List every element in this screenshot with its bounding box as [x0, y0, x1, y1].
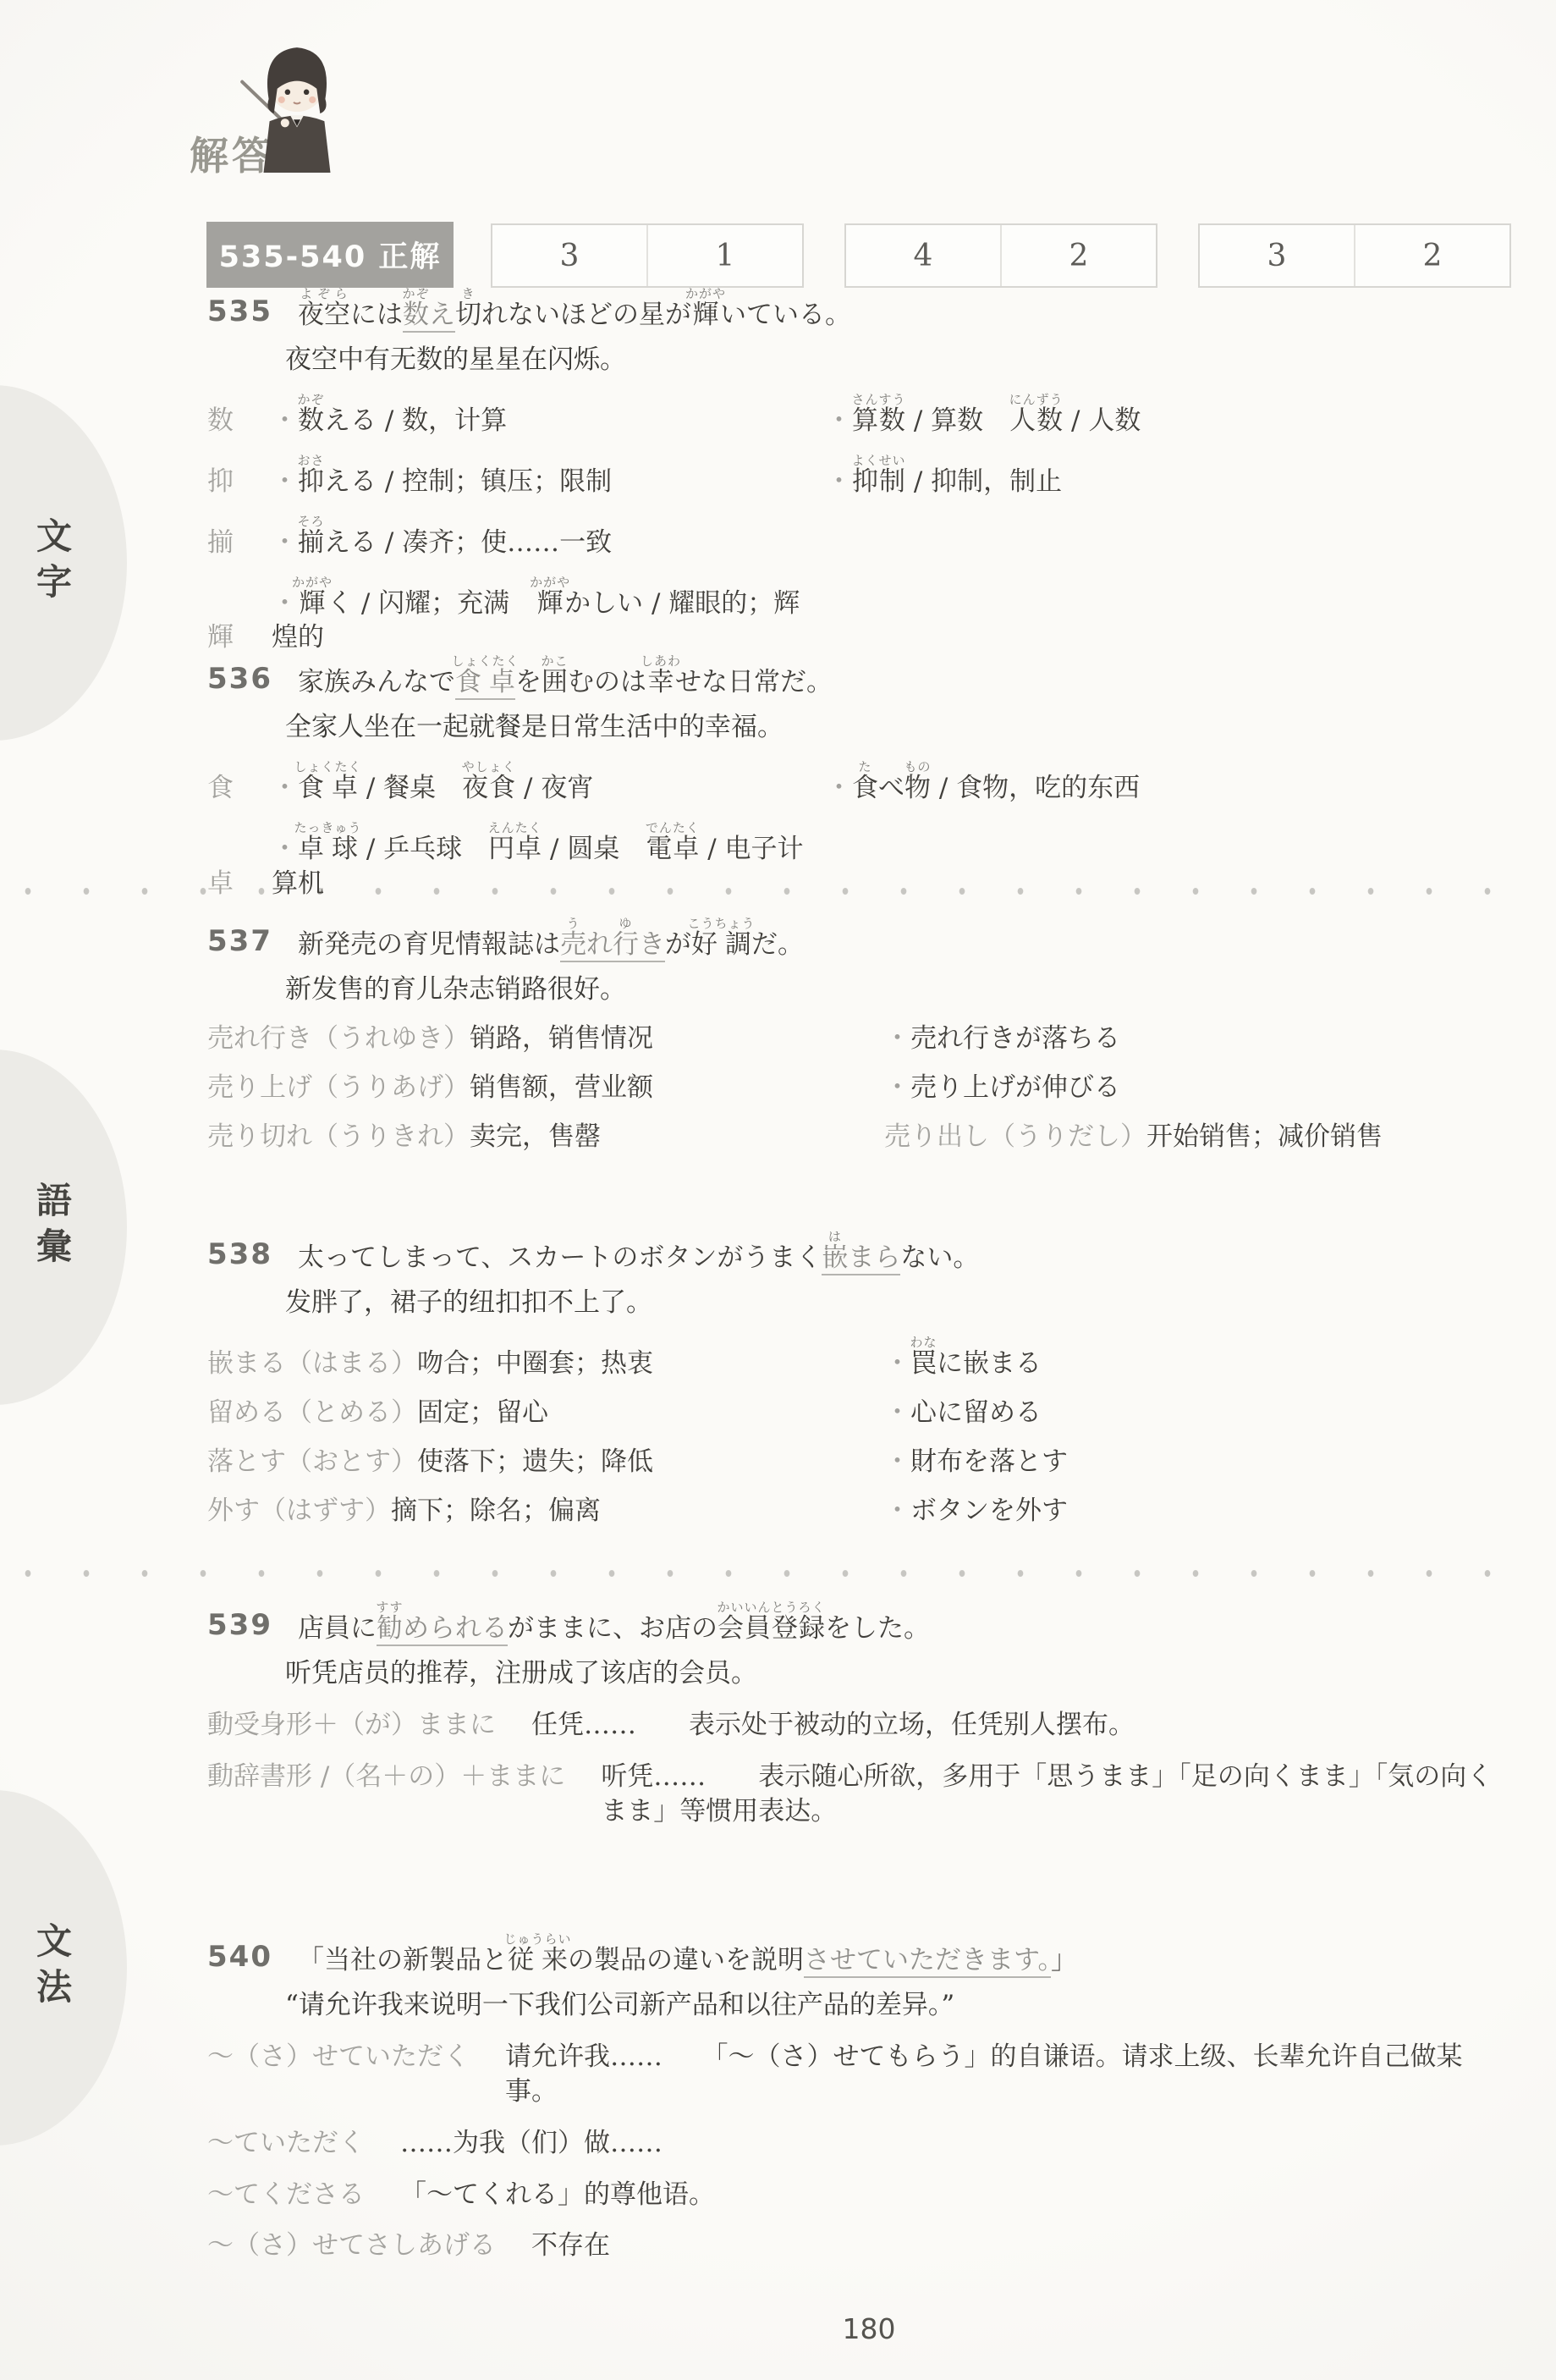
- furigana: さんすう: [852, 392, 906, 407]
- vocab-row: 売れ行き（うれゆき）销路，销售情况・売れ行きが落ちる: [207, 1022, 1495, 1056]
- grammar-meaning: 听凭…… 表示随心所欲，多用于「思うまま」「足の向くまま」「気の向くまま」等惯用…: [601, 1760, 1495, 1829]
- text-run: / 人数: [1063, 405, 1141, 436]
- furigana: こうちょう: [687, 916, 755, 931]
- furigana: かぞ: [402, 286, 429, 301]
- kanji-head: 輝: [207, 620, 272, 655]
- answer-cell: 3: [492, 225, 646, 286]
- text-run: / 抑制，制止: [905, 466, 1062, 497]
- sidebar-tab-bunpou: 文法: [0, 1790, 127, 2146]
- answer-cell: 1: [646, 225, 802, 286]
- text-run: / 圆桌: [542, 834, 646, 864]
- text-run: 卖完，售罄: [470, 1121, 601, 1152]
- page-number: 180: [0, 2312, 1556, 2345]
- text-run: / 餐桌: [358, 773, 462, 803]
- text-run: だ。: [751, 929, 804, 960]
- text-run: / 食物，吃的东西: [931, 773, 1140, 803]
- text-run: 新発売の育児情報誌は: [298, 929, 560, 960]
- furigana: かこ: [542, 653, 569, 669]
- text-run: 留める（とめる）: [207, 1397, 417, 1428]
- section-heading: 540「当社の新製品と従来じゅうらいの製品の違いを説明させていただきます。」: [207, 1931, 1495, 1978]
- entry-right: ・売り上げが伸びる: [884, 1071, 1495, 1105]
- furigana: かぞ: [298, 392, 325, 407]
- translation-zh: 全家人坐在一起就餐是日常生活中的幸福。: [285, 710, 1495, 745]
- furigana: た: [852, 759, 878, 774]
- grammar-pattern: ～（さ）せてさしあげる: [207, 2228, 496, 2263]
- entry-left: ・揃そろえる / 凑齐；使……一致: [272, 514, 826, 560]
- text-run: れ: [586, 929, 613, 962]
- ruby-text: 嵌は: [822, 1242, 848, 1275]
- ruby-text: 抑おさ: [298, 466, 324, 497]
- ruby-text: 従来じゅうらい: [508, 1945, 568, 1975]
- text-run: 销路，销售情况: [470, 1023, 653, 1054]
- ruby-text: 売う: [560, 929, 586, 962]
- text-run: 財布を落とす: [910, 1446, 1068, 1477]
- text-run: いている。: [720, 300, 851, 330]
- text-run: 太ってしまって、スカートのボタンがうまく: [298, 1242, 822, 1273]
- text-run: せな日常だ。: [675, 667, 833, 697]
- kanji-head: 揃: [207, 526, 272, 560]
- grammar-pattern: ～てくださる: [207, 2178, 365, 2212]
- entry-left: ・食卓しょくたく / 餐桌 夜食やしょく / 夜宵: [272, 759, 826, 806]
- text-run: 売り上げ（うりあげ）: [207, 1072, 470, 1103]
- text-run: 心に留める: [910, 1397, 1042, 1428]
- ruby-text: 揃そろ: [298, 527, 324, 558]
- entry-left: 外す（はずす）摘下；除名；偏离: [207, 1494, 884, 1529]
- text-run: がままに、お店の: [508, 1613, 718, 1644]
- answer-key-bar: 535-540 正解 314232: [206, 222, 1509, 288]
- text-run: 売り上げが伸びる: [910, 1072, 1120, 1103]
- text-run: ・: [826, 773, 852, 803]
- rows: 嵌まる（はまる）吻合；中圈套；热衷・罠わなに嵌まる留める（とめる）固定；留心・心…: [207, 1335, 1495, 1529]
- answer-cell: 3: [1200, 225, 1354, 286]
- furigana: よくせい: [852, 453, 906, 468]
- section-heading: 537新発売の育児情報誌は売うれ行ゆきが好調こうちょうだ。: [207, 916, 1495, 962]
- text-run: える / 控制；镇压；限制: [324, 466, 612, 497]
- answer-group: 32: [1198, 223, 1511, 288]
- grammar-row: ～（さ）せていただく请允许我…… 「～（さ）せてもらう」的自谦语。请求上级、长辈…: [207, 2040, 1495, 2109]
- text-run: ・: [884, 1348, 910, 1379]
- ruby-text: 夜食やしょく: [462, 773, 515, 803]
- sentence-jp: 店員に勧すすめられるがままに、お店の会員登録かいいんとうろくをした。: [298, 1600, 1495, 1646]
- vocab-row: 卓・卓球たっきゅう / 乒乓球 円卓えんたく / 圆桌 電卓でんたく / 电子计…: [207, 820, 1495, 901]
- ruby-text: 幸しあわ: [646, 667, 675, 697]
- text-run: 落とす（おとす）: [207, 1446, 417, 1477]
- vocab-row: 売り切れ（うりきれ）卖完，售罄売り出し（うりだし）开始销售；减价销售: [207, 1120, 1495, 1154]
- ruby-text: 卓球たっきゅう: [298, 834, 358, 864]
- grammar-pattern: ～ていただく: [207, 2126, 365, 2161]
- dotted-divider: [22, 1567, 1537, 1579]
- text-run: させていただきます。: [804, 1945, 1051, 1978]
- section-540: 540「当社の新製品と従来じゅうらいの製品の違いを説明させていただきます。」“请…: [207, 1931, 1495, 2263]
- text-run: 家族みんなで: [298, 667, 455, 697]
- furigana: おさ: [298, 453, 325, 468]
- section-heading: 535夜空よぞらには数かぞえ切きれないほどの星が輝かがやいている。: [207, 286, 1495, 333]
- entry-right: ・算数さんすう / 算数 人数にんずう / 人数: [826, 392, 1495, 438]
- text-run: ・: [884, 1446, 910, 1477]
- text-run: ・: [272, 405, 298, 436]
- book-page: 文字 語彙 文法 解答 535-540 正解 314232 535夜空よぞらには…: [0, 0, 1556, 2380]
- question-number: 540: [207, 1938, 272, 1978]
- text-run: ・: [826, 405, 852, 436]
- furigana: にんずう: [1009, 392, 1064, 407]
- entry-right: ・食たべ物もの / 食物，吃的东西: [826, 759, 1495, 806]
- entry-right: ・売れ行きが落ちる: [884, 1022, 1495, 1056]
- text-run: える / 凑齐；使……一致: [324, 527, 612, 558]
- kanji-head: 数: [207, 404, 272, 438]
- teacher-avatar-illustration: [237, 37, 357, 174]
- ruby-text: 円卓えんたく: [488, 834, 542, 864]
- rows: 数・数かぞえる / 数，计算・算数さんすう / 算数 人数にんずう / 人数抑・…: [207, 392, 1495, 656]
- ruby-text: 切き: [455, 300, 481, 330]
- ruby-text: 罠わな: [910, 1348, 937, 1379]
- sidebar-tab-label: 語彙: [26, 1182, 77, 1273]
- text-run: 売り切れ（うりきれ）: [207, 1121, 470, 1152]
- entry-left: ・数かぞえる / 数，计算: [272, 392, 826, 438]
- text-run: 外す（はずす）: [207, 1496, 391, 1526]
- translation-zh: 发胖了，裙子的纽扣扣不上了。: [285, 1286, 1495, 1320]
- text-run: / 乒乓球: [358, 834, 488, 864]
- ruby-text: 数かぞ: [403, 300, 429, 333]
- furigana: かがや: [292, 575, 333, 590]
- sentence-jp: 新発売の育児情報誌は売うれ行ゆきが好調こうちょうだ。: [298, 916, 1495, 962]
- furigana: しょくたく: [294, 759, 362, 774]
- text-run: 売れ行きが落ちる: [910, 1023, 1120, 1054]
- vocab-row: 数・数かぞえる / 数，计算・算数さんすう / 算数 人数にんずう / 人数: [207, 392, 1495, 438]
- text-run: べ: [878, 773, 904, 803]
- entry-left: 留める（とめる）固定；留心: [207, 1396, 884, 1430]
- furigana: ゆ: [613, 916, 639, 931]
- text-run: 摘下；除名；偏离: [391, 1496, 601, 1526]
- ruby-text: 算数さんすう: [852, 405, 905, 436]
- section-heading: 536家族みんなで食卓しょくたくを囲かこむのは幸しあわせな日常だ。: [207, 653, 1495, 700]
- eye-left: [285, 90, 290, 95]
- section-539: 539店員に勧すすめられるがままに、お店の会員登録かいいんとうろくをした。听凭店…: [207, 1600, 1495, 1829]
- furigana: しあわ: [641, 653, 681, 669]
- furigana: よぞら: [298, 286, 350, 301]
- text-run: まら: [848, 1242, 900, 1275]
- text-run: 嵌まる（はまる）: [207, 1348, 417, 1379]
- entry-right: ・罠わなに嵌まる: [884, 1335, 1495, 1381]
- sentence-jp: 「当社の新製品と従来じゅうらいの製品の違いを説明させていただきます。」: [298, 1931, 1495, 1978]
- text-run: 店員に: [298, 1613, 377, 1644]
- furigana: たっきゅう: [294, 820, 362, 835]
- entry-right: ・ボタンを外す: [884, 1494, 1495, 1529]
- vocab-row: 抑・抑おさえる / 控制；镇压；限制・抑制よくせい / 抑制，制止: [207, 453, 1495, 499]
- entry-right: ・抑制よくせい / 抑制，制止: [826, 453, 1495, 499]
- grammar-row: ～てくださる「～てくれる」的尊他语。: [207, 2178, 1495, 2212]
- answer-group: 31: [491, 223, 804, 288]
- translation-zh: 听凭店员的推荐，注册成了该店的会员。: [285, 1656, 1495, 1691]
- furigana: かいいんとうろく: [717, 1600, 825, 1615]
- sentence-jp: 家族みんなで食卓しょくたくを囲かこむのは幸しあわせな日常だ。: [298, 653, 1495, 700]
- kanji-head: 卓: [207, 867, 272, 901]
- ruby-text: 輝かがや: [536, 588, 564, 619]
- ruby-text: 輝かがや: [298, 588, 327, 619]
- translation-zh: “请允许我来说明一下我们公司新产品和以往产品的差异。”: [285, 1988, 1495, 2023]
- answer-cell: 2: [1354, 225, 1509, 286]
- blush-right: [309, 96, 316, 103]
- text-run: / 算数: [905, 405, 1009, 436]
- text-run: ・: [884, 1496, 910, 1526]
- furigana: は: [822, 1229, 848, 1244]
- entry-left: 嵌まる（はまる）吻合；中圈套；热衷: [207, 1347, 884, 1381]
- ruby-text: 物もの: [904, 773, 931, 803]
- answer-key-label: 535-540 正解: [206, 222, 454, 288]
- vocab-row: 外す（はずす）摘下；除名；偏离・ボタンを外す: [207, 1494, 1495, 1529]
- grammar-meaning: 「～てくれる」的尊他语。: [400, 2178, 1495, 2212]
- text-run: 売れ行き（うれゆき）: [207, 1023, 470, 1054]
- text-run: / 夜宵: [515, 773, 593, 803]
- text-run: れないほどの星が: [481, 300, 691, 330]
- grammar-pattern: ～（さ）せていただく: [207, 2040, 470, 2109]
- text-run: を: [515, 667, 542, 697]
- question-number: 535: [207, 293, 272, 333]
- text-run: える / 数，计算: [324, 405, 507, 436]
- grammar-row: ～（さ）せてさしあげる不存在: [207, 2228, 1495, 2263]
- sidebar-tab-label: 文字: [26, 517, 77, 609]
- entry-left: ・輝かがやく / 闪耀；充满 輝かがやかしい / 耀眼的；辉煌的: [272, 575, 826, 656]
- hand: [281, 118, 289, 127]
- furigana: わな: [910, 1335, 937, 1350]
- ruby-text: 人数にんずう: [1009, 405, 1063, 436]
- furigana: う: [560, 916, 586, 931]
- text-run: ・: [884, 1397, 910, 1428]
- furigana: じゅうらい: [503, 1931, 571, 1947]
- ruby-text: 輝かがや: [691, 300, 720, 330]
- text-run: く / 闪耀；充满: [327, 588, 536, 619]
- sidebar-tab-moji: 文字: [0, 385, 127, 741]
- grammar-meaning: 请允许我…… 「～（さ）せてもらう」的自谦语。请求上级、长辈允许自己做某事。: [505, 2040, 1495, 2109]
- ruby-text: 食卓しょくたく: [455, 667, 515, 700]
- text-run: 」: [1051, 1945, 1077, 1975]
- text-run: ・: [884, 1072, 910, 1103]
- text-run: むのは: [568, 667, 646, 697]
- entry-right: ・財布を落とす: [884, 1445, 1495, 1479]
- question-number: 537: [207, 923, 272, 962]
- text-run: ・: [826, 466, 852, 497]
- translation-zh: 新发售的育儿杂志销路很好。: [285, 972, 1495, 1007]
- ruby-text: 行ゆ: [613, 929, 639, 962]
- text-run: をした。: [825, 1613, 930, 1644]
- vocab-row: 揃・揃そろえる / 凑齐；使……一致: [207, 514, 1495, 560]
- entry-left: ・抑おさえる / 控制；镇压；限制: [272, 453, 826, 499]
- furigana: かがや: [685, 286, 726, 301]
- grammar-meaning: 不存在: [531, 2228, 1495, 2263]
- vocab-row: 落とす（おとす）使落下；遗失；降低・財布を落とす: [207, 1445, 1495, 1479]
- answer-cell: 4: [846, 225, 1000, 286]
- section-heading: 539店員に勧すすめられるがままに、お店の会員登録かいいんとうろくをした。: [207, 1600, 1495, 1646]
- text-run: 吻合；中圈套；热衷: [417, 1348, 653, 1379]
- ruby-text: 囲かこ: [542, 667, 568, 697]
- question-number: 536: [207, 660, 272, 700]
- section-538: 538太ってしまって、スカートのボタンがうまく嵌はまらない。发胖了，裙子的纽扣扣…: [207, 1229, 1495, 1528]
- text-run: ボタンを外す: [910, 1496, 1068, 1526]
- sentence-jp: 太ってしまって、スカートのボタンがうまく嵌はまらない。: [298, 1229, 1495, 1275]
- furigana: えんたく: [488, 820, 542, 835]
- text-run: ・: [884, 1023, 910, 1054]
- rows: 動受身形＋（が）ままに任凭…… 表示处于被动的立场，任凭别人摆布。動辞書形 /（…: [207, 1708, 1495, 1829]
- eye-right: [304, 90, 309, 95]
- grammar-row: 動辞書形 /（名＋の）＋ままに听凭…… 表示随心所欲，多用于「思うまま」「足の向…: [207, 1760, 1495, 1829]
- grammar-pattern: 動受身形＋（が）ままに: [207, 1708, 496, 1743]
- ruby-text: 電卓でんたく: [646, 834, 699, 864]
- sidebar-tab-label: 文法: [26, 1922, 77, 2014]
- sentence-jp: 夜空よぞらには数かぞえ切きれないほどの星が輝かがやいている。: [298, 286, 1495, 333]
- grammar-meaning: 任凭…… 表示处于被动的立场，任凭别人摆布。: [531, 1708, 1495, 1743]
- vocab-row: 売り上げ（うりあげ）销售额，营业额・売り上げが伸びる: [207, 1071, 1495, 1105]
- furigana: でんたく: [646, 820, 700, 835]
- text-run: ・: [272, 466, 298, 497]
- blush-left: [278, 96, 285, 103]
- grammar-row: 動受身形＋（が）ままに任凭…… 表示处于被动的立场，任凭别人摆布。: [207, 1708, 1495, 1743]
- text-run: 「当社の新製品と: [298, 1945, 508, 1975]
- text-run: 销售额，营业额: [470, 1072, 653, 1103]
- translation-zh: 夜空中有无数的星星在闪烁。: [285, 343, 1495, 377]
- rows: ～（さ）せていただく请允许我…… 「～（さ）せてもらう」的自谦语。请求上级、长辈…: [207, 2040, 1495, 2264]
- text-run: の製品の違いを説明: [568, 1945, 804, 1975]
- entry-left: ・卓球たっきゅう / 乒乓球 円卓えんたく / 圆桌 電卓でんたく / 电子计算…: [272, 820, 826, 901]
- text-run: 売り出し（うりだし）: [884, 1121, 1146, 1152]
- text-run: 固定；留心: [417, 1397, 548, 1428]
- answer-group: 42: [844, 223, 1157, 288]
- ruby-text: 会員登録かいいんとうろく: [718, 1613, 825, 1644]
- rows: 食・食卓しょくたく / 餐桌 夜食やしょく / 夜宵・食たべ物もの / 食物，吃…: [207, 759, 1495, 901]
- section-heading: 538太ってしまって、スカートのボタンがうまく嵌はまらない。: [207, 1229, 1495, 1275]
- vocab-row: 嵌まる（はまる）吻合；中圈套；热衷・罠わなに嵌まる: [207, 1335, 1495, 1381]
- text-run: ・: [272, 527, 298, 558]
- furigana: やしょく: [462, 759, 516, 774]
- ruby-text: 食卓しょくたく: [298, 773, 358, 803]
- text-run: き: [639, 929, 665, 962]
- section-536: 536家族みんなで食卓しょくたくを囲かこむのは幸しあわせな日常だ。全家人坐在一起…: [207, 653, 1495, 901]
- answer-groups: 314232: [491, 223, 1511, 288]
- text-run: 开始销售；减价销售: [1146, 1121, 1383, 1152]
- entry-right: ・心に留める: [884, 1396, 1495, 1430]
- grammar-meaning: ……为我（们）做……: [400, 2126, 1495, 2161]
- entry-left: 売り切れ（うりきれ）卖完，售罄: [207, 1120, 884, 1154]
- section-537: 537新発売の育児情報誌は売うれ行ゆきが好調こうちょうだ。新发售的育儿杂志销路很…: [207, 916, 1495, 1154]
- text-run: え: [429, 300, 455, 333]
- furigana: しょくたく: [451, 653, 519, 669]
- furigana: もの: [904, 759, 932, 774]
- ruby-text: 抑制よくせい: [852, 466, 905, 497]
- vocab-row: 輝・輝かがやく / 闪耀；充满 輝かがやかしい / 耀眼的；辉煌的: [207, 575, 1495, 656]
- furigana: すす: [376, 1600, 403, 1615]
- grammar-row: ～ていただく……为我（们）做……: [207, 2126, 1495, 2161]
- entry-right: 売り出し（うりだし）开始销售；减价销售: [884, 1120, 1495, 1154]
- text-run: ない。: [900, 1242, 979, 1273]
- ruby-text: 勧すす: [377, 1613, 403, 1646]
- question-number: 538: [207, 1236, 272, 1275]
- kanji-head: 食: [207, 771, 272, 806]
- ruby-text: 夜空よぞら: [298, 300, 350, 330]
- ruby-text: 好調こうちょう: [691, 929, 751, 960]
- question-number: 539: [207, 1606, 272, 1646]
- text-run: に嵌まる: [937, 1348, 1042, 1379]
- furigana: そろ: [298, 514, 325, 529]
- rows: 売れ行き（うれゆき）销路，销售情况・売れ行きが落ちる売り上げ（うりあげ）销售额，…: [207, 1022, 1495, 1154]
- kanji-head: 抑: [207, 465, 272, 499]
- section-535: 535夜空よぞらには数かぞえ切きれないほどの星が輝かがやいている。夜空中有无数的…: [207, 286, 1495, 655]
- furigana: かがや: [530, 575, 570, 590]
- text-run: 使落下；遗失；降低: [417, 1446, 653, 1477]
- ruby-text: 数かぞ: [298, 405, 324, 436]
- entry-left: 売り上げ（うりあげ）销售额，营业额: [207, 1071, 884, 1105]
- furigana: き: [455, 286, 481, 301]
- text-run: には: [350, 300, 403, 330]
- vocab-row: 留める（とめる）固定；留心・心に留める: [207, 1396, 1495, 1430]
- vocab-row: 食・食卓しょくたく / 餐桌 夜食やしょく / 夜宵・食たべ物もの / 食物，吃…: [207, 759, 1495, 806]
- ruby-text: 食た: [852, 773, 878, 803]
- sidebar-tab-goi: 語彙: [0, 1050, 127, 1405]
- grammar-pattern: 動辞書形 /（名＋の）＋ままに: [207, 1760, 565, 1829]
- text-run: められる: [403, 1613, 508, 1646]
- answer-cell: 2: [1000, 225, 1156, 286]
- entry-left: 落とす（おとす）使落下；遗失；降低: [207, 1445, 884, 1479]
- entry-left: 売れ行き（うれゆき）销路，销售情况: [207, 1022, 884, 1056]
